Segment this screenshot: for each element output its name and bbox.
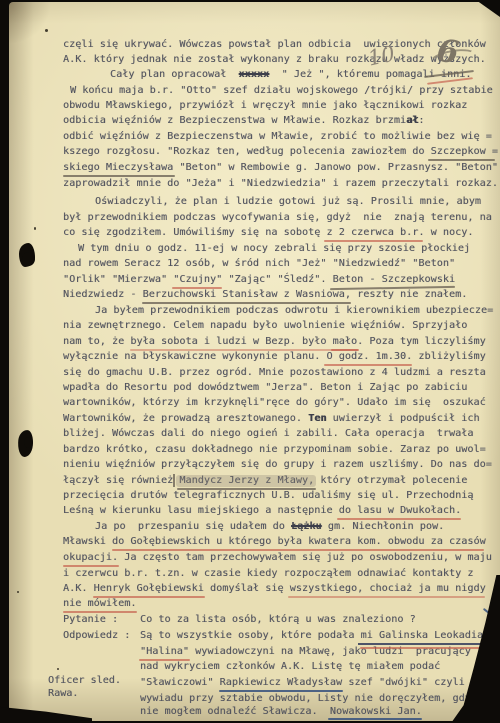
annotation-pencil	[330, 286, 455, 290]
annotation-blob	[24, 437, 33, 448]
annotation-red	[360, 647, 480, 649]
annotation-red	[130, 349, 358, 351]
annotation-blob	[22, 252, 35, 266]
annotation-red	[337, 518, 461, 520]
scanned-document: częli się ukrywać. Wówczas powstał plan …	[0, 0, 500, 723]
annotation-red	[139, 659, 190, 661]
annotation-red	[93, 596, 205, 598]
hand-annotations	[0, 0, 500, 723]
margin-note-line1: Oficer sled.	[48, 675, 121, 686]
annotation-red	[63, 611, 137, 613]
annotation-speck	[45, 29, 48, 32]
annotation-pencil	[142, 302, 351, 304]
annotation-blue	[219, 690, 343, 692]
annotation-red	[324, 364, 412, 366]
annotation-pencil	[428, 159, 495, 161]
annotation-speck	[17, 591, 19, 593]
margin-note-line2: Rawa.	[48, 688, 78, 699]
annotation-red	[112, 549, 484, 551]
annotation-pencil	[177, 488, 316, 490]
annotation-red	[427, 77, 473, 85]
annotation-red	[288, 596, 485, 598]
annotation-red	[172, 287, 222, 289]
annotation-ink	[358, 643, 482, 645]
annotation-red	[63, 565, 119, 567]
annotation-band	[176, 475, 316, 487]
annotation-speck	[34, 227, 36, 230]
annotation-pencil	[424, 70, 474, 78]
annotation-red	[331, 349, 359, 351]
annotation-tick	[173, 474, 175, 487]
annotation-red	[324, 240, 423, 242]
annotation-blue	[328, 718, 422, 720]
annotation-pencil	[63, 175, 175, 177]
margin-note-officer: Oficer sled.Rawa.	[48, 675, 121, 700]
annotation-speck	[57, 668, 59, 670]
